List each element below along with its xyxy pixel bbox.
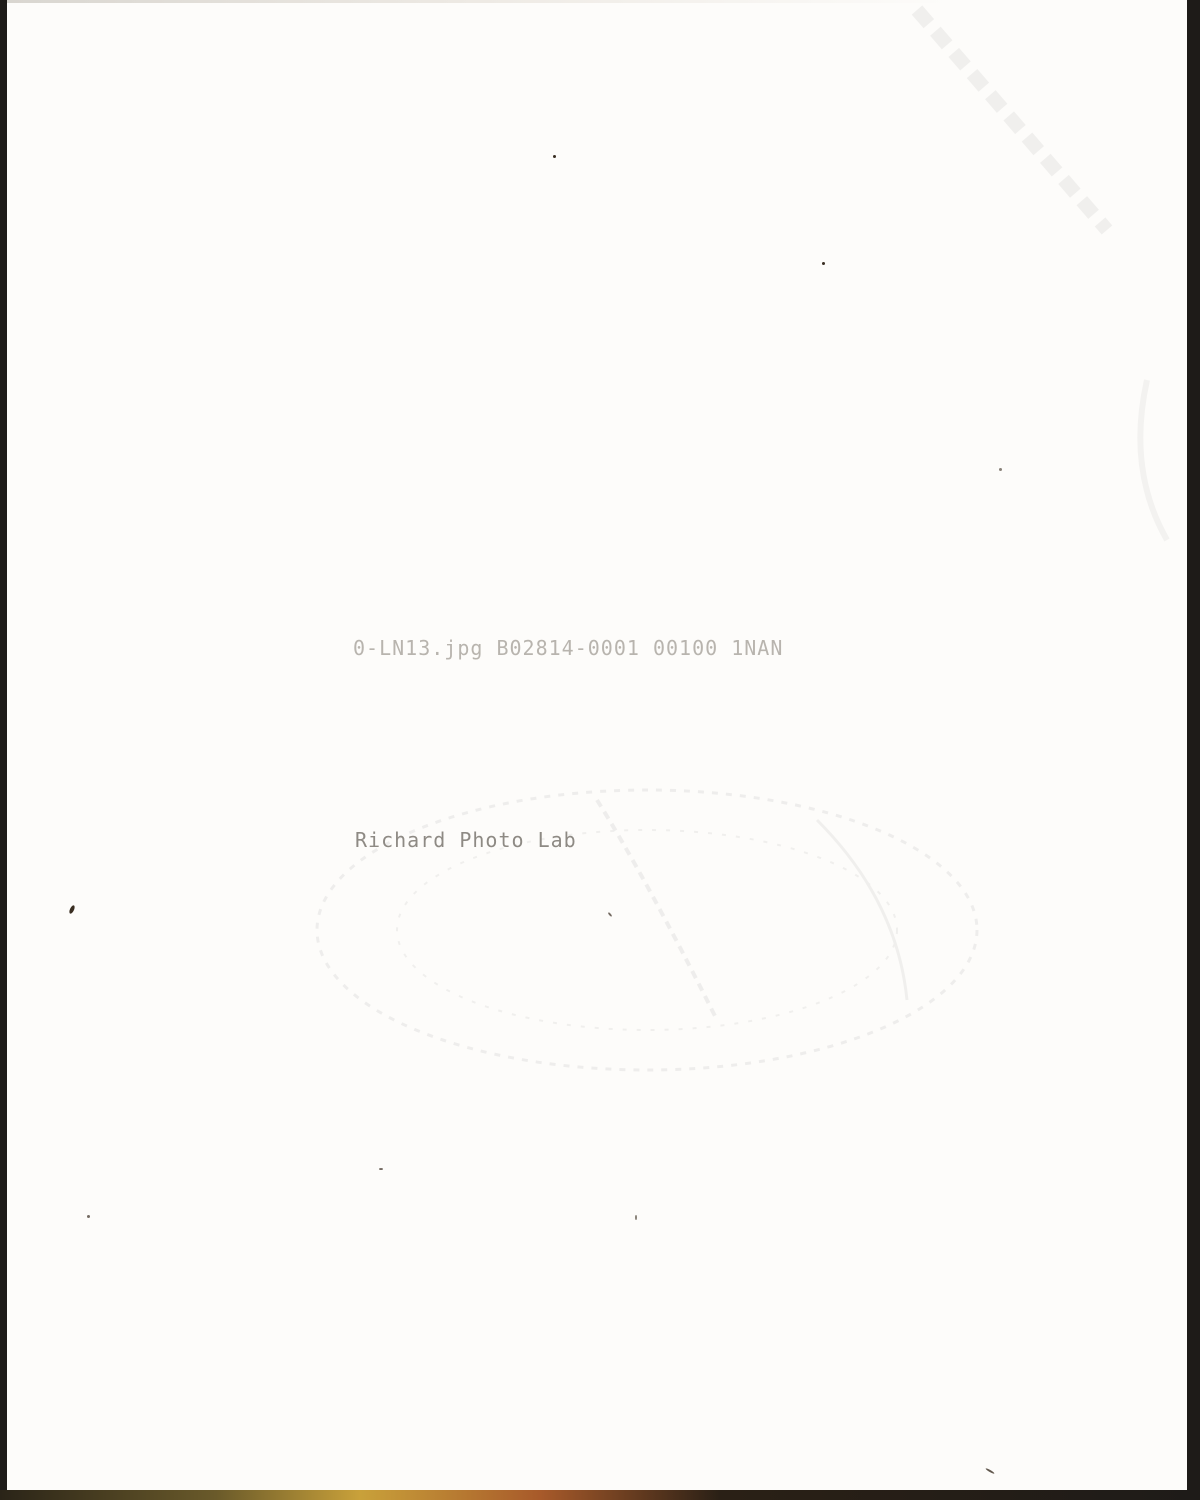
print-code-line: 0-LN13.jpg B02814-0001 00100 1NAN bbox=[353, 636, 783, 660]
top-edge-shadow bbox=[7, 0, 1187, 3]
dust-speck bbox=[68, 905, 75, 915]
dust-speck bbox=[608, 912, 613, 917]
dust-speck bbox=[985, 1468, 995, 1475]
print-back-paper: 0-LN13.jpg B02814-0001 00100 1NAN Richar… bbox=[7, 0, 1187, 1490]
dust-speck bbox=[87, 1215, 90, 1218]
dust-speck bbox=[379, 1168, 383, 1170]
scanned-print: 0-LN13.jpg B02814-0001 00100 1NAN Richar… bbox=[0, 0, 1200, 1500]
watermark-showthrough-top bbox=[827, 0, 1187, 560]
watermark-showthrough bbox=[297, 760, 997, 1080]
dust-speck bbox=[553, 155, 556, 158]
dust-speck bbox=[635, 1215, 637, 1220]
bottom-scan-edge bbox=[0, 1490, 1200, 1500]
dust-speck bbox=[999, 468, 1002, 471]
lab-name: Richard Photo Lab bbox=[355, 828, 577, 852]
dust-speck bbox=[822, 262, 825, 265]
